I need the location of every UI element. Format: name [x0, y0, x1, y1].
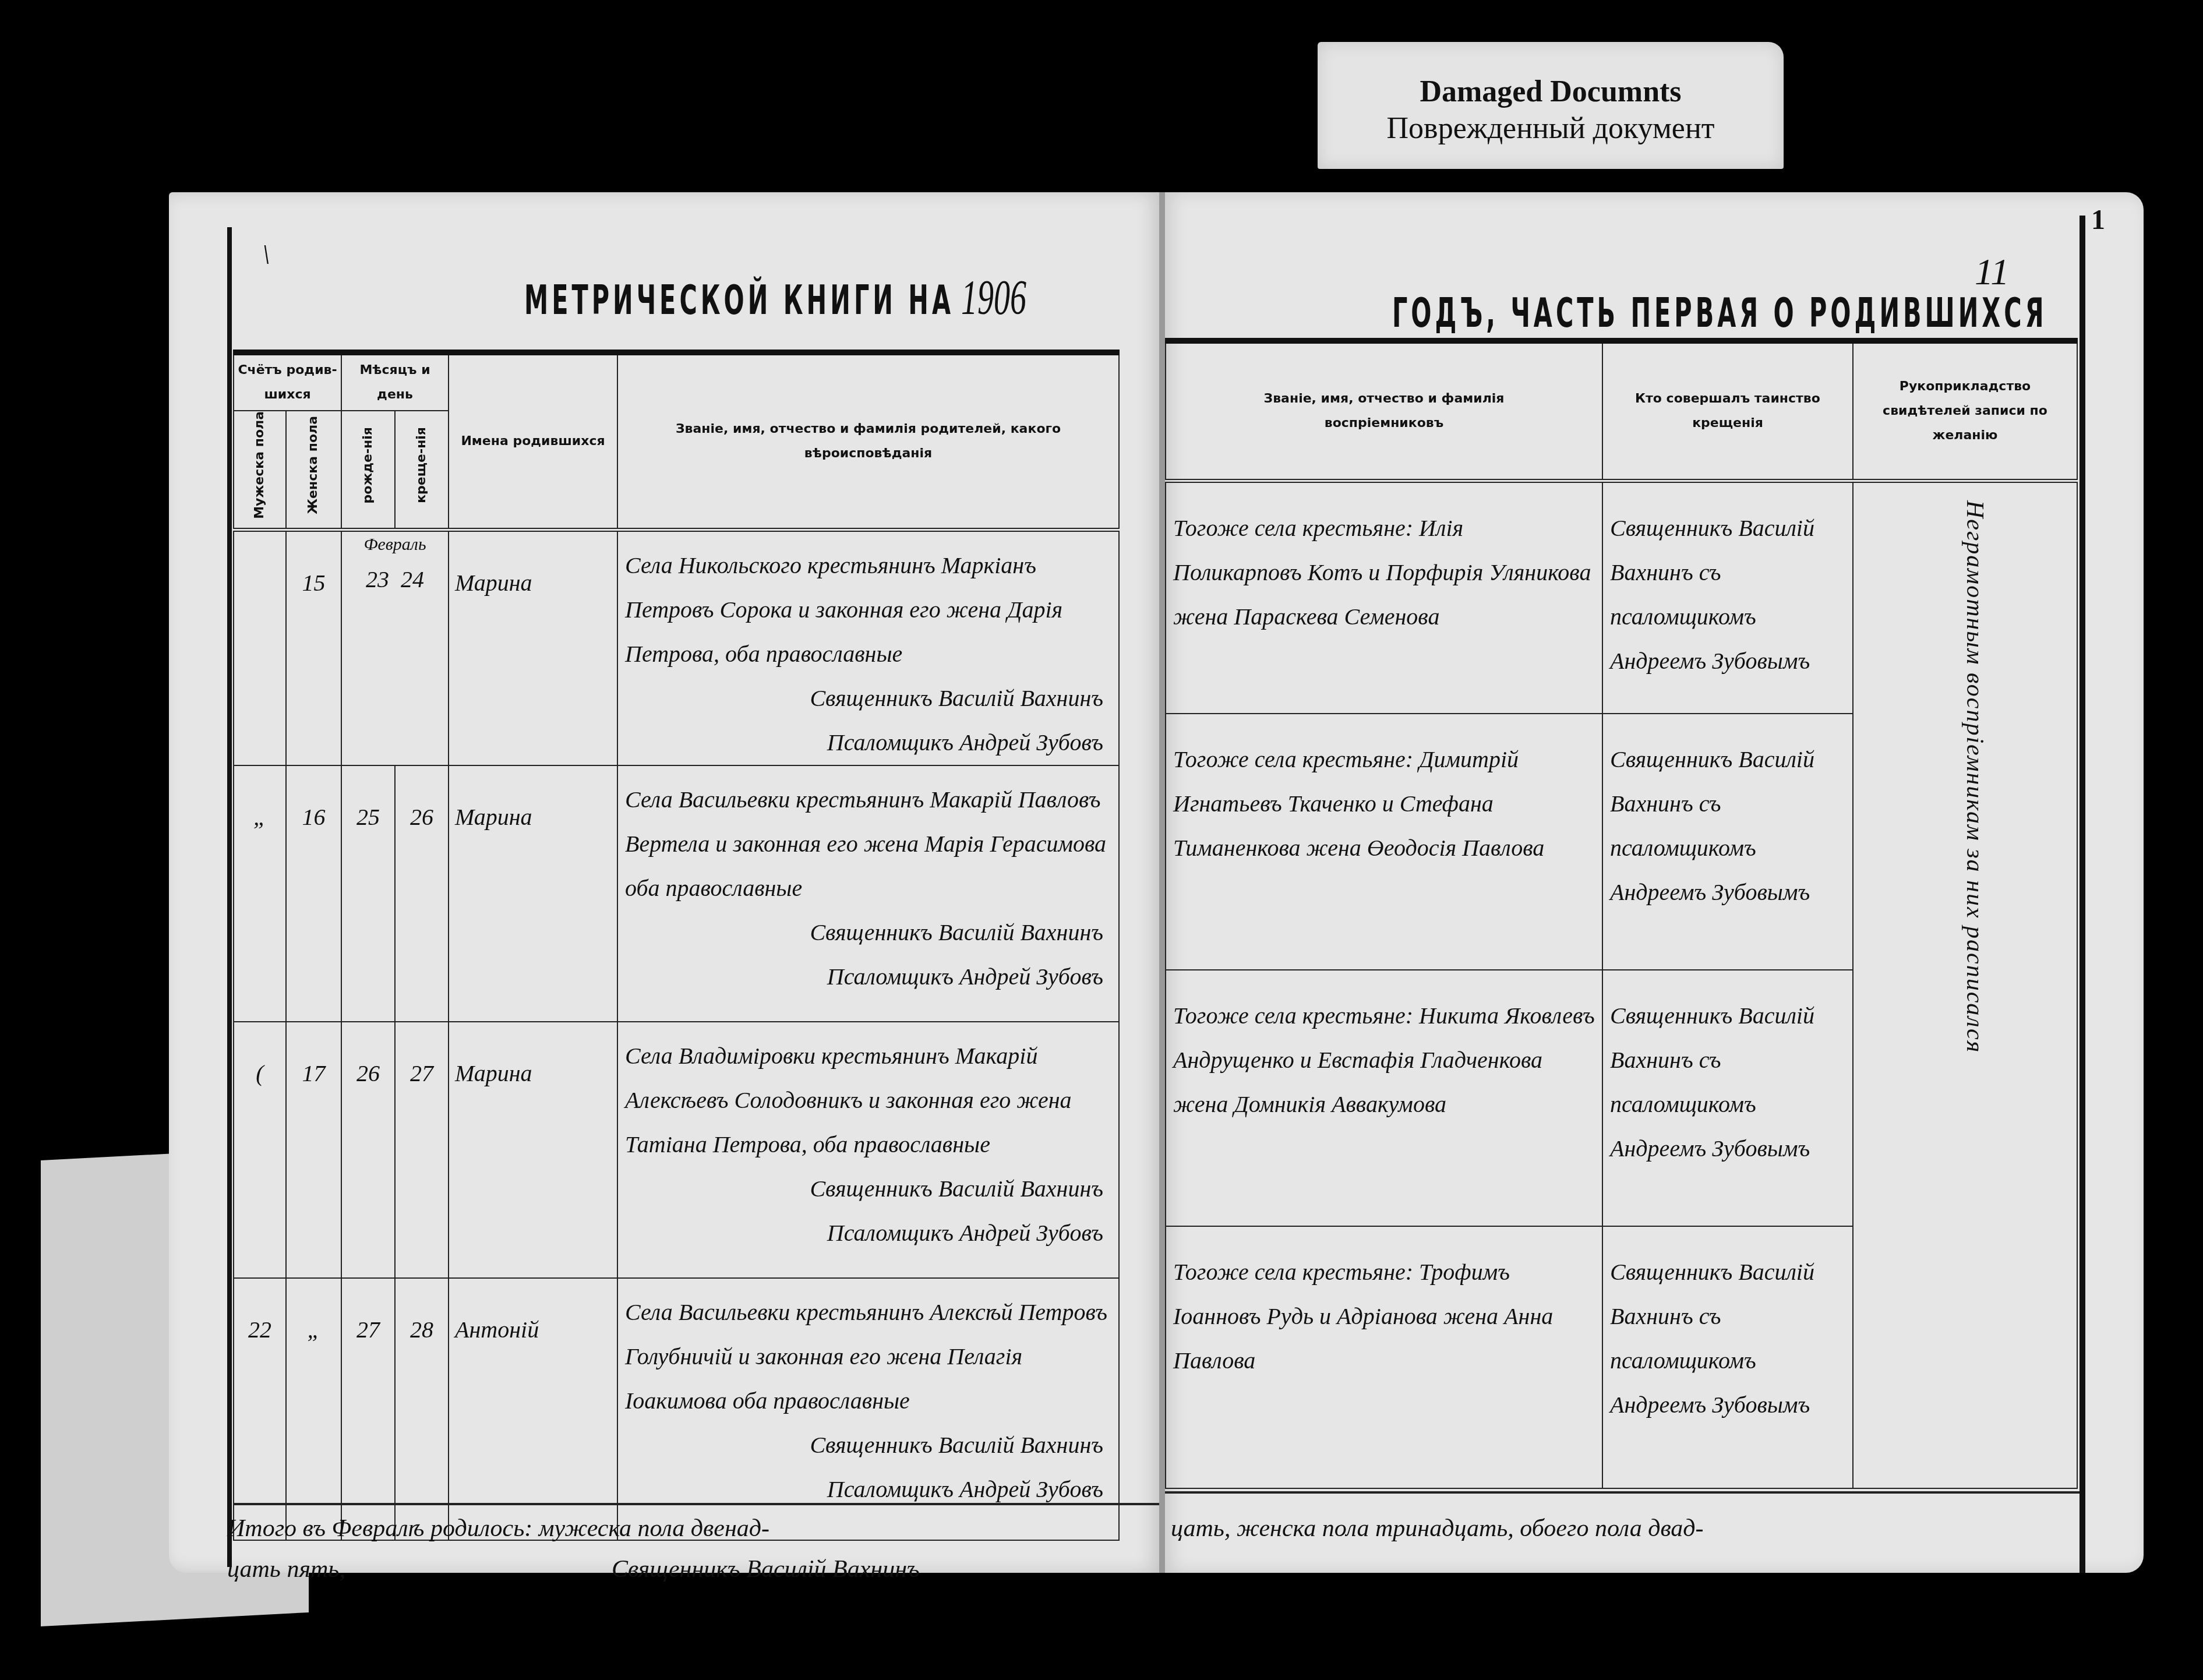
stamp-title-ru: Поврежденный документ [1318, 111, 1784, 146]
right-page: 11 1 ГОДЪ, ЧАСТЬ ПЕРВАЯ О РОДИВШИХСЯ Зва… [1165, 192, 2144, 1573]
totals-left-line2: цать пять, [227, 1555, 345, 1583]
parents-text: Села Никольского крестьянинъ Маркіанъ Пе… [625, 552, 1062, 667]
totals-divider-left [233, 1503, 1159, 1505]
parents-cell: Села Васильевки крестьянинъ Макарій Павл… [617, 765, 1119, 1022]
right-register-table: Званіе, имя, отчество и фамилія воспріем… [1165, 338, 2078, 1489]
left-page-mark: \ [262, 239, 270, 271]
table-row: 15 Февраль 23 24 Марина Села Никольского… [234, 530, 1119, 765]
child-name: Антоній [449, 1278, 617, 1540]
psalmist-signature: Псаломщикъ Андрей Зубовъ [625, 1211, 1113, 1255]
table-row: 22 „ 27 28 Антоній Села Васильевки крест… [234, 1278, 1119, 1540]
entry-dates: Февраль 23 24 [341, 530, 449, 765]
corner-mark: 1 [2091, 204, 2105, 236]
godparents-cell: Тогоже села крестьяне: Трофимъ Іоанновъ … [1166, 1226, 1602, 1488]
female-number: 15 [286, 530, 341, 765]
header-godparents: Званіе, имя, отчество и фамилія воспріем… [1166, 341, 1602, 481]
parents-text: Села Васильевки крестьянинъ Алексѣй Петр… [625, 1299, 1107, 1414]
month: Февраль [342, 532, 448, 557]
officiant-cell: Священникъ Василій Вахнинъ съ псаломщико… [1602, 1226, 1853, 1488]
male-number: 22 [234, 1278, 286, 1540]
table-row: „ 16 25 26 Марина Села Васильевки кресть… [234, 765, 1119, 1022]
priest-signature: Священникъ Василій Вахнинъ [625, 1423, 1113, 1467]
register-book: \ МЕТРИЧЕСКОЙ КНИГИ НА1906 Счётъ родив-ш… [169, 175, 2161, 1619]
totals-right-line1: цать, женска пола тринадцать, обоего пол… [1171, 1515, 1704, 1543]
child-name: Марина [449, 530, 617, 765]
right-page-title: ГОДЪ, ЧАСТЬ ПЕРВАЯ О РОДИВШИХСЯ [1392, 290, 2047, 337]
title-printed: МЕТРИЧЕСКОЙ КНИГИ НА [524, 277, 954, 324]
birth-day: 23 [366, 566, 389, 592]
officiant-cell: Священникъ Василій Вахнинъ съ псаломщико… [1602, 970, 1853, 1226]
officiant-cell: Священникъ Василій Вахнинъ съ псаломщико… [1602, 481, 1853, 714]
female-number: „ [286, 1278, 341, 1540]
psalmist-signature: Псаломщикъ Андрей Зубовъ [625, 721, 1113, 765]
table-row: Тогоже села крестьяне: Илія Поликарповъ … [1166, 481, 2077, 714]
godparents-cell: Тогоже села крестьяне: Илія Поликарповъ … [1166, 481, 1602, 714]
baptism-day: 27 [395, 1022, 449, 1278]
header-female: Женска пола [306, 416, 320, 514]
male-number [234, 530, 286, 765]
parents-text: Села Владиміровки крестьянинъ Макарій Ал… [625, 1043, 1072, 1157]
birth-day: 27 [341, 1278, 395, 1540]
child-name: Марина [449, 765, 617, 1022]
left-page-title: МЕТРИЧЕСКОЙ КНИГИ НА1906 [524, 270, 1026, 326]
witnesses-cell: Неграмотным воспріемникам за них расписа… [1853, 481, 2077, 1488]
female-number: 17 [286, 1022, 341, 1278]
stamp-title-en: Damaged Documnts [1318, 75, 1784, 109]
header-count-group: Счётъ родив-шихся [234, 352, 341, 411]
birth-day: 26 [341, 1022, 395, 1278]
left-page: \ МЕТРИЧЕСКОЙ КНИГИ НА1906 Счётъ родив-ш… [169, 192, 1159, 1573]
birth-day: 25 [341, 765, 395, 1022]
male-number: ( [234, 1022, 286, 1278]
godparents-cell: Тогоже села крестьяне: Димитрій Игнатьев… [1166, 714, 1602, 970]
header-birth: рожде-нія [361, 427, 375, 503]
female-number: 16 [286, 765, 341, 1022]
male-number: „ [234, 765, 286, 1022]
totals-left-line1: Итого въ Февралѣ родилось: мужеска пола … [227, 1515, 769, 1543]
header-male: Мужеска пола [253, 411, 267, 519]
parents-cell: Села Васильевки крестьянинъ Алексѣй Петр… [617, 1278, 1119, 1540]
header-officiant: Кто совершалъ таинство крещенія [1602, 341, 1853, 481]
header-parents: Званіе, имя, отчество и фамилія родителе… [617, 352, 1119, 530]
header-date-group: Мѣсяцъ и день [341, 352, 449, 411]
psalmist-signature: Псаломщикъ Андрей Зубовъ [625, 955, 1113, 999]
damaged-document-stamp: Damaged Documnts Поврежденный документ [1318, 42, 1784, 169]
priest-signature: Священникъ Василій Вахнинъ [625, 1167, 1113, 1211]
parents-cell: Села Владиміровки крестьянинъ Макарій Ал… [617, 1022, 1119, 1278]
totals-divider-right [1165, 1491, 2080, 1494]
godparents-cell: Тогоже села крестьяне: Никита Яковлевъ А… [1166, 970, 1602, 1226]
priest-signature: Священникъ Василій Вахнинъ [625, 676, 1113, 721]
title-year: 1906 [961, 271, 1026, 326]
book-spine [1159, 192, 1165, 1573]
witness-note: Неграмотным воспріемникам за них расписа… [1953, 500, 1997, 1432]
header-witnesses: Рукоприкладство свидѣтелей записи по жел… [1853, 341, 2077, 481]
table-row: ( 17 26 27 Марина Села Владиміровки крес… [234, 1022, 1119, 1278]
officiant-cell: Священникъ Василій Вахнинъ съ псаломщико… [1602, 714, 1853, 970]
totals-priest-signature: Священникъ Василій Вахнинъ [612, 1555, 920, 1583]
baptism-day: 24 [401, 566, 424, 592]
parents-text: Села Васильевки крестьянинъ Макарій Павл… [625, 786, 1106, 901]
baptism-day: 26 [395, 765, 449, 1022]
baptism-day: 28 [395, 1278, 449, 1540]
child-name: Марина [449, 1022, 617, 1278]
parents-cell: Села Никольского крестьянинъ Маркіанъ Пе… [617, 530, 1119, 765]
header-names: Имена родившихся [449, 352, 617, 530]
priest-signature: Священникъ Василій Вахнинъ [625, 910, 1113, 955]
page-number: 11 [1975, 250, 2009, 294]
left-register-table: Счётъ родив-шихся Мѣсяцъ и день Имена ро… [233, 350, 1120, 1541]
header-baptism: креще-нія [415, 427, 429, 503]
